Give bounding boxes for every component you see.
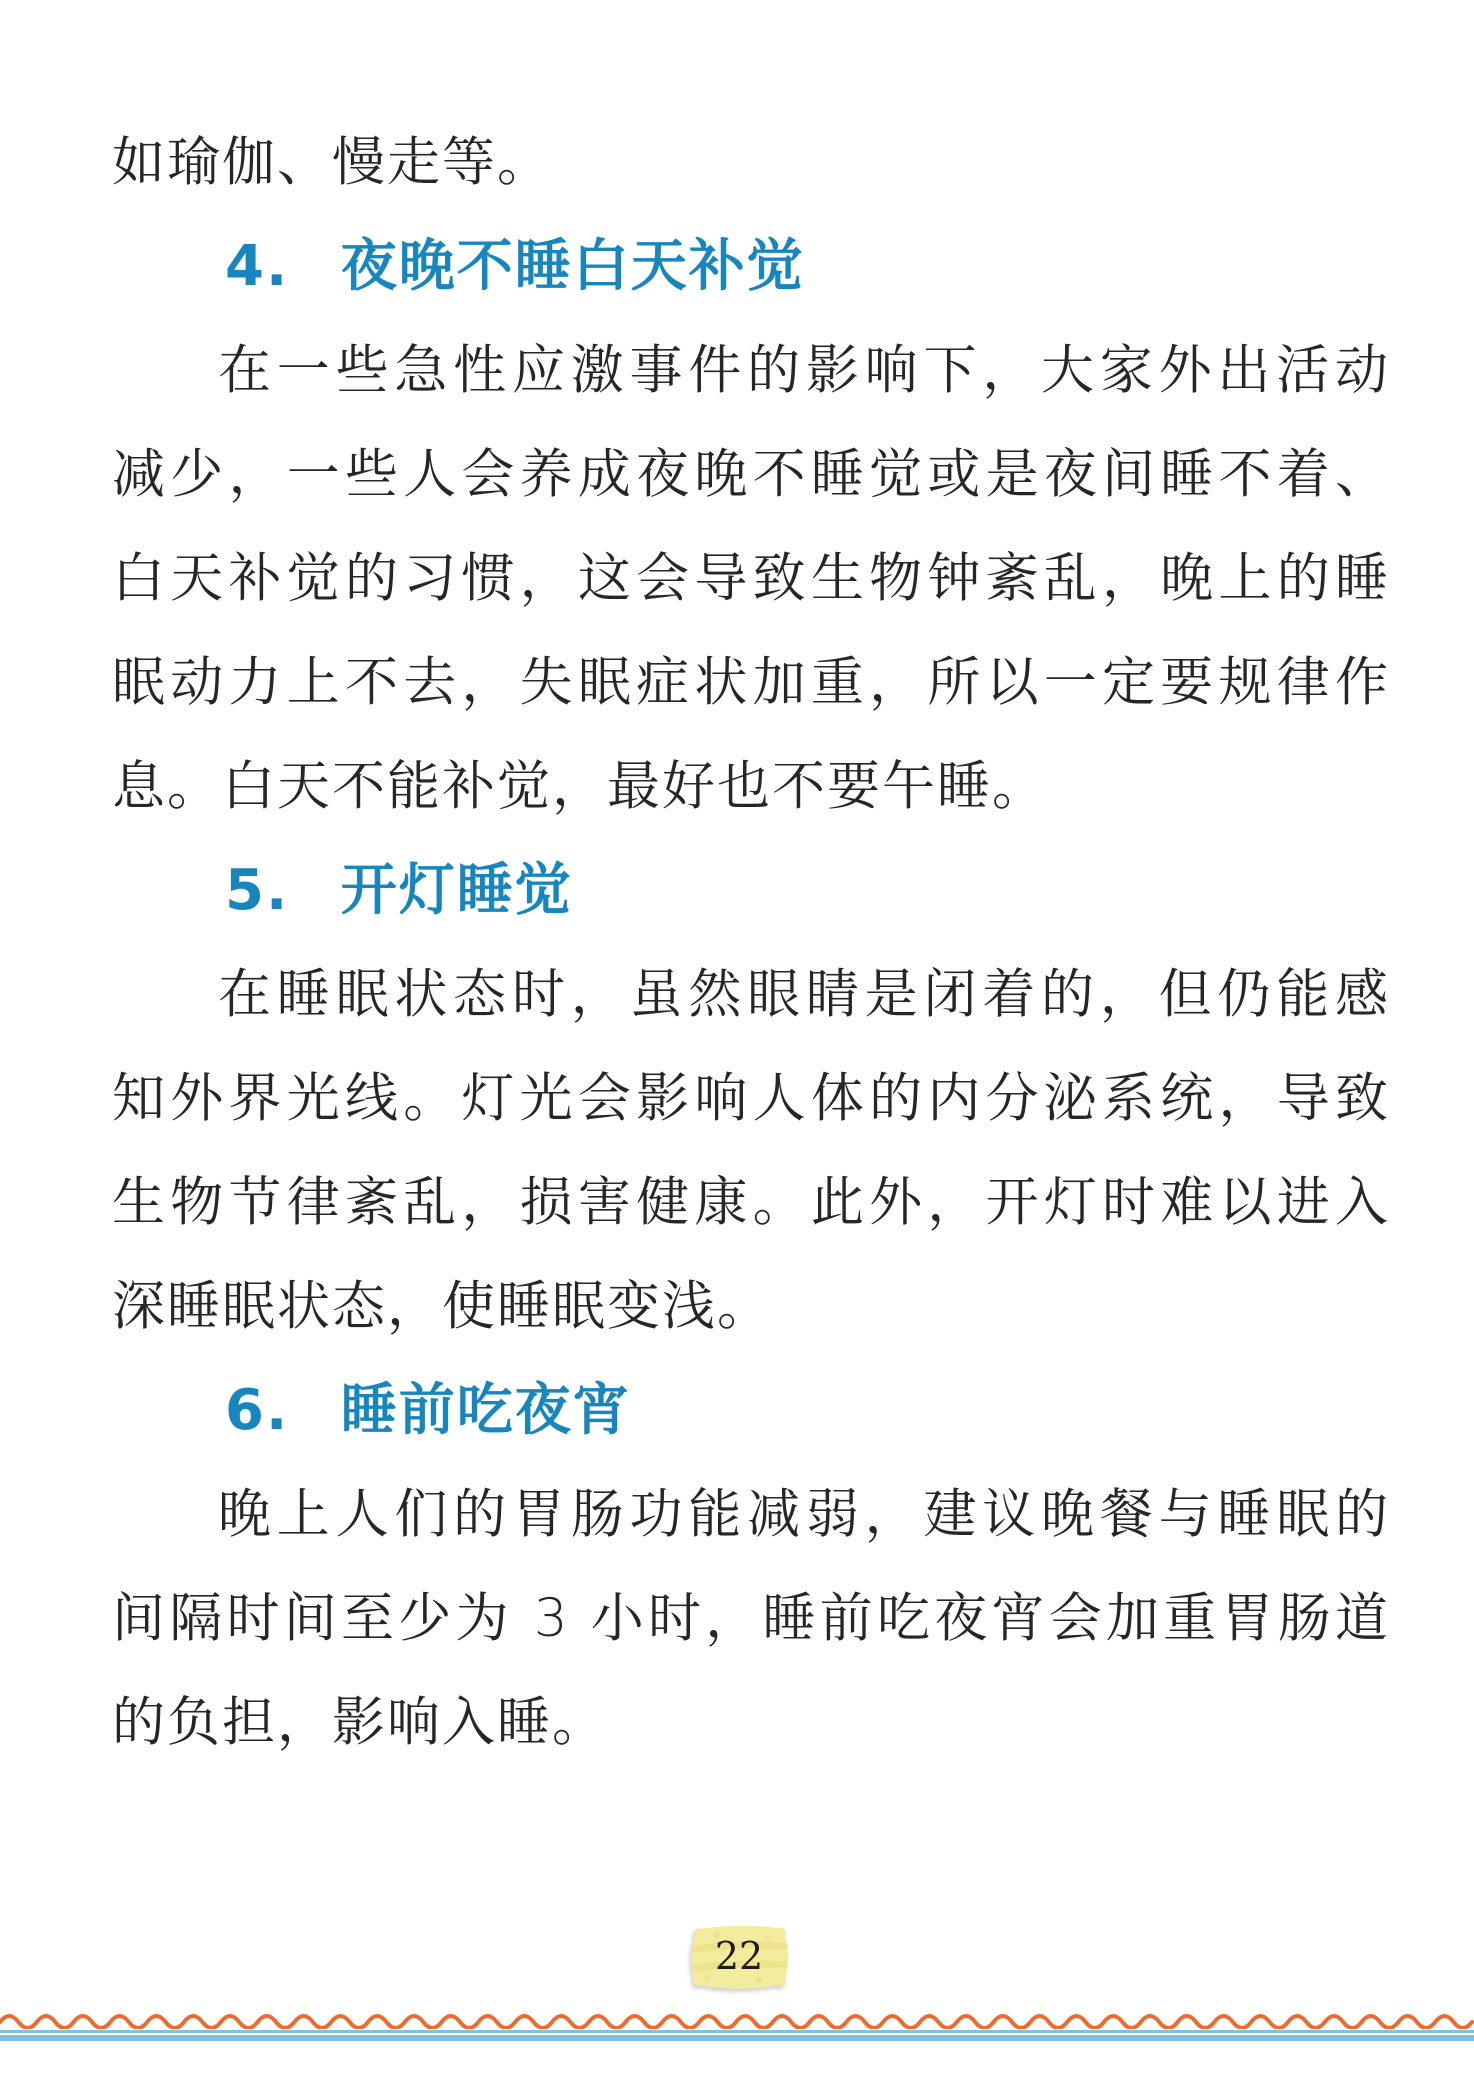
page-number: 22 [687, 1924, 791, 1990]
intro-continuation-line: 如瑜伽、慢走等。 [112, 111, 1390, 215]
body-line: 减少，一些人会养成夜晚不睡觉或是夜间睡不着、 [112, 423, 1390, 527]
body-line: 白天补觉的习惯，这会导致生物钟紊乱，晚上的睡 [112, 527, 1390, 631]
section-5-title: 开灯睡觉 [341, 839, 573, 943]
page-number-badge: 22 [687, 1924, 791, 1990]
body-line: 间隔时间至少为 3 小时，睡前吃夜宵会加重胃肠道 [112, 1567, 1390, 1671]
section-6-title: 睡前吃夜宵 [341, 1359, 631, 1463]
body-line: 息。白天不能补觉，最好也不要午睡。 [112, 735, 1390, 839]
bottom-rule-thin [0, 2030, 1474, 2033]
section-4-heading: 4. 夜晚不睡白天补觉 [112, 215, 1390, 319]
body-line: 深睡眠状态，使睡眠变浅。 [112, 1255, 1390, 1359]
bottom-rule-thick [0, 2035, 1474, 2041]
section-6-heading: 6. 睡前吃夜宵 [112, 1359, 1390, 1463]
section-6-number: 6. [225, 1359, 289, 1463]
body-line: 在一些急性应激事件的影响下，大家外出活动 [112, 319, 1390, 423]
section-5-heading: 5. 开灯睡觉 [112, 839, 1390, 943]
body-line: 眠动力上不去，失眠症状加重，所以一定要规律作 [112, 631, 1390, 735]
body-line: 晚上人们的胃肠功能减弱，建议晚餐与睡眠的 [112, 1463, 1390, 1567]
section-4-number: 4. [225, 215, 289, 319]
section-4-title: 夜晚不睡白天补觉 [341, 215, 805, 319]
section-5-number: 5. [225, 839, 289, 943]
body-line: 在睡眠状态时，虽然眼睛是闭着的，但仍能感 [112, 943, 1390, 1047]
wave-divider-icon [0, 2007, 1474, 2029]
body-line: 的负担，影响入睡。 [112, 1671, 1390, 1775]
book-page: 如瑜伽、慢走等。 4. 夜晚不睡白天补觉 在一些急性应激事件的影响下，大家外出活… [0, 0, 1474, 2097]
page-content: 如瑜伽、慢走等。 4. 夜晚不睡白天补觉 在一些急性应激事件的影响下，大家外出活… [112, 111, 1390, 1775]
body-line: 生物节律紊乱，损害健康。此外，开灯时难以进入 [112, 1151, 1390, 1255]
body-line: 知外界光线。灯光会影响人体的内分泌系统，导致 [112, 1047, 1390, 1151]
